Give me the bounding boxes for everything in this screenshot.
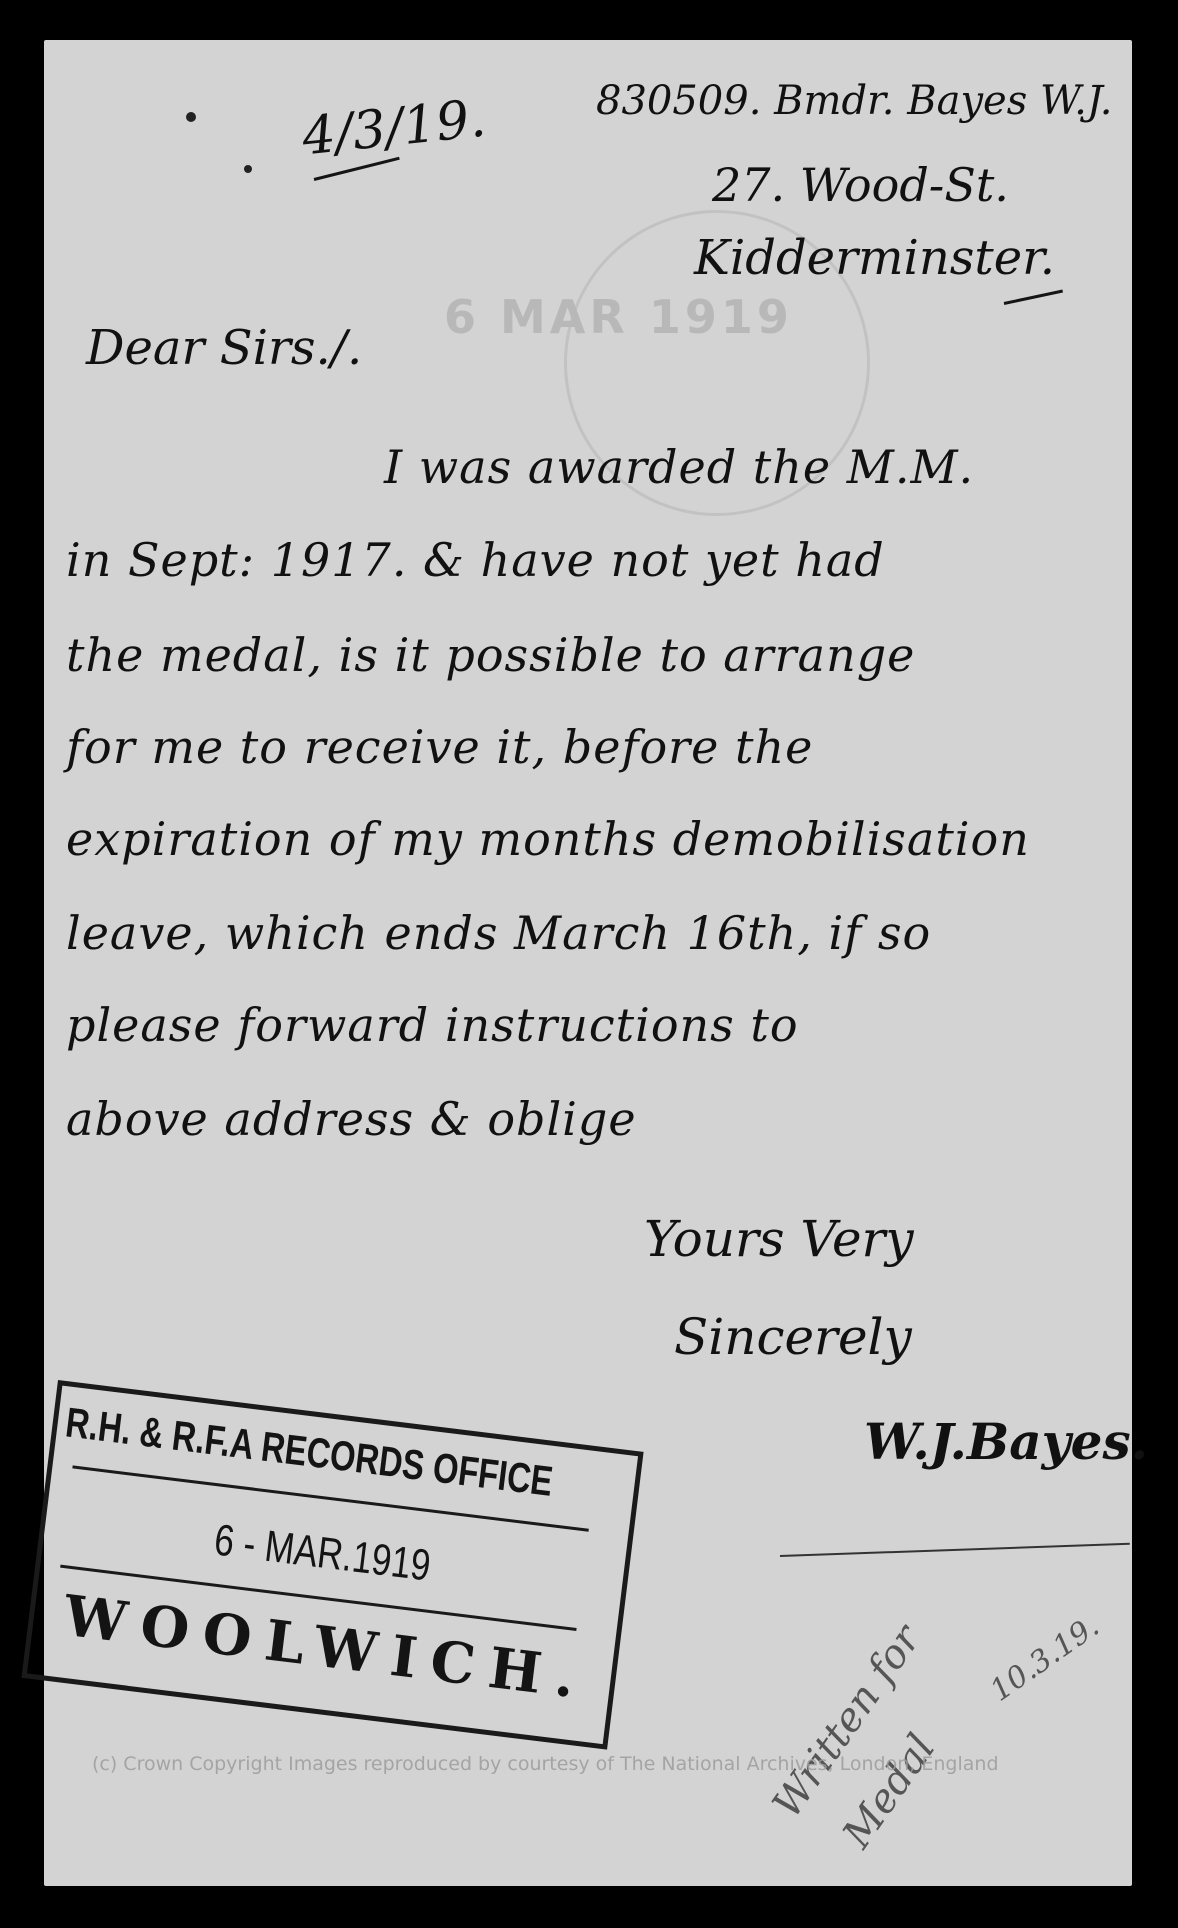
ink-spot [186, 112, 196, 122]
closing-line-2: Sincerely [674, 1308, 912, 1366]
body-line-1: I was awarded the M.M. [384, 440, 974, 494]
body-line-6: leave, which ends March 16th, if so [66, 906, 931, 960]
body-line-3: the medal, is it possible to arrange [66, 628, 915, 682]
body-line-5: expiration of my months demobilisation [66, 812, 1030, 866]
salutation: Dear Sirs./. [86, 320, 362, 376]
stamp-date: 6 - MAR.1919 [212, 1515, 434, 1591]
copyright-watermark: (c) Crown Copyright Images reproduced by… [92, 1753, 999, 1775]
ink-spot [244, 165, 252, 173]
signature: W.J.Bayes. [864, 1412, 1148, 1471]
sender-street: 27. Wood-St. [712, 158, 1009, 212]
letter-date: 4/3/19. [299, 89, 488, 168]
faint-date-stamp: 6 MAR 1919 [444, 290, 793, 344]
pencil-note-date: 10.3.19. [984, 1609, 1106, 1709]
closing-line-1: Yours Very [644, 1210, 914, 1268]
address-underline [1004, 290, 1063, 305]
body-line-4: for me to receive it, before the [66, 720, 813, 774]
body-line-8: above address & oblige [66, 1092, 637, 1146]
signature-rule [780, 1543, 1130, 1557]
sender-service-number-name: 830509. Bmdr. Bayes W.J. [596, 78, 1112, 124]
sender-town: Kidderminster. [694, 230, 1055, 286]
body-line-7: please forward instructions to [66, 998, 799, 1052]
body-line-2: in Sept: 1917. & have not yet had [66, 533, 885, 587]
